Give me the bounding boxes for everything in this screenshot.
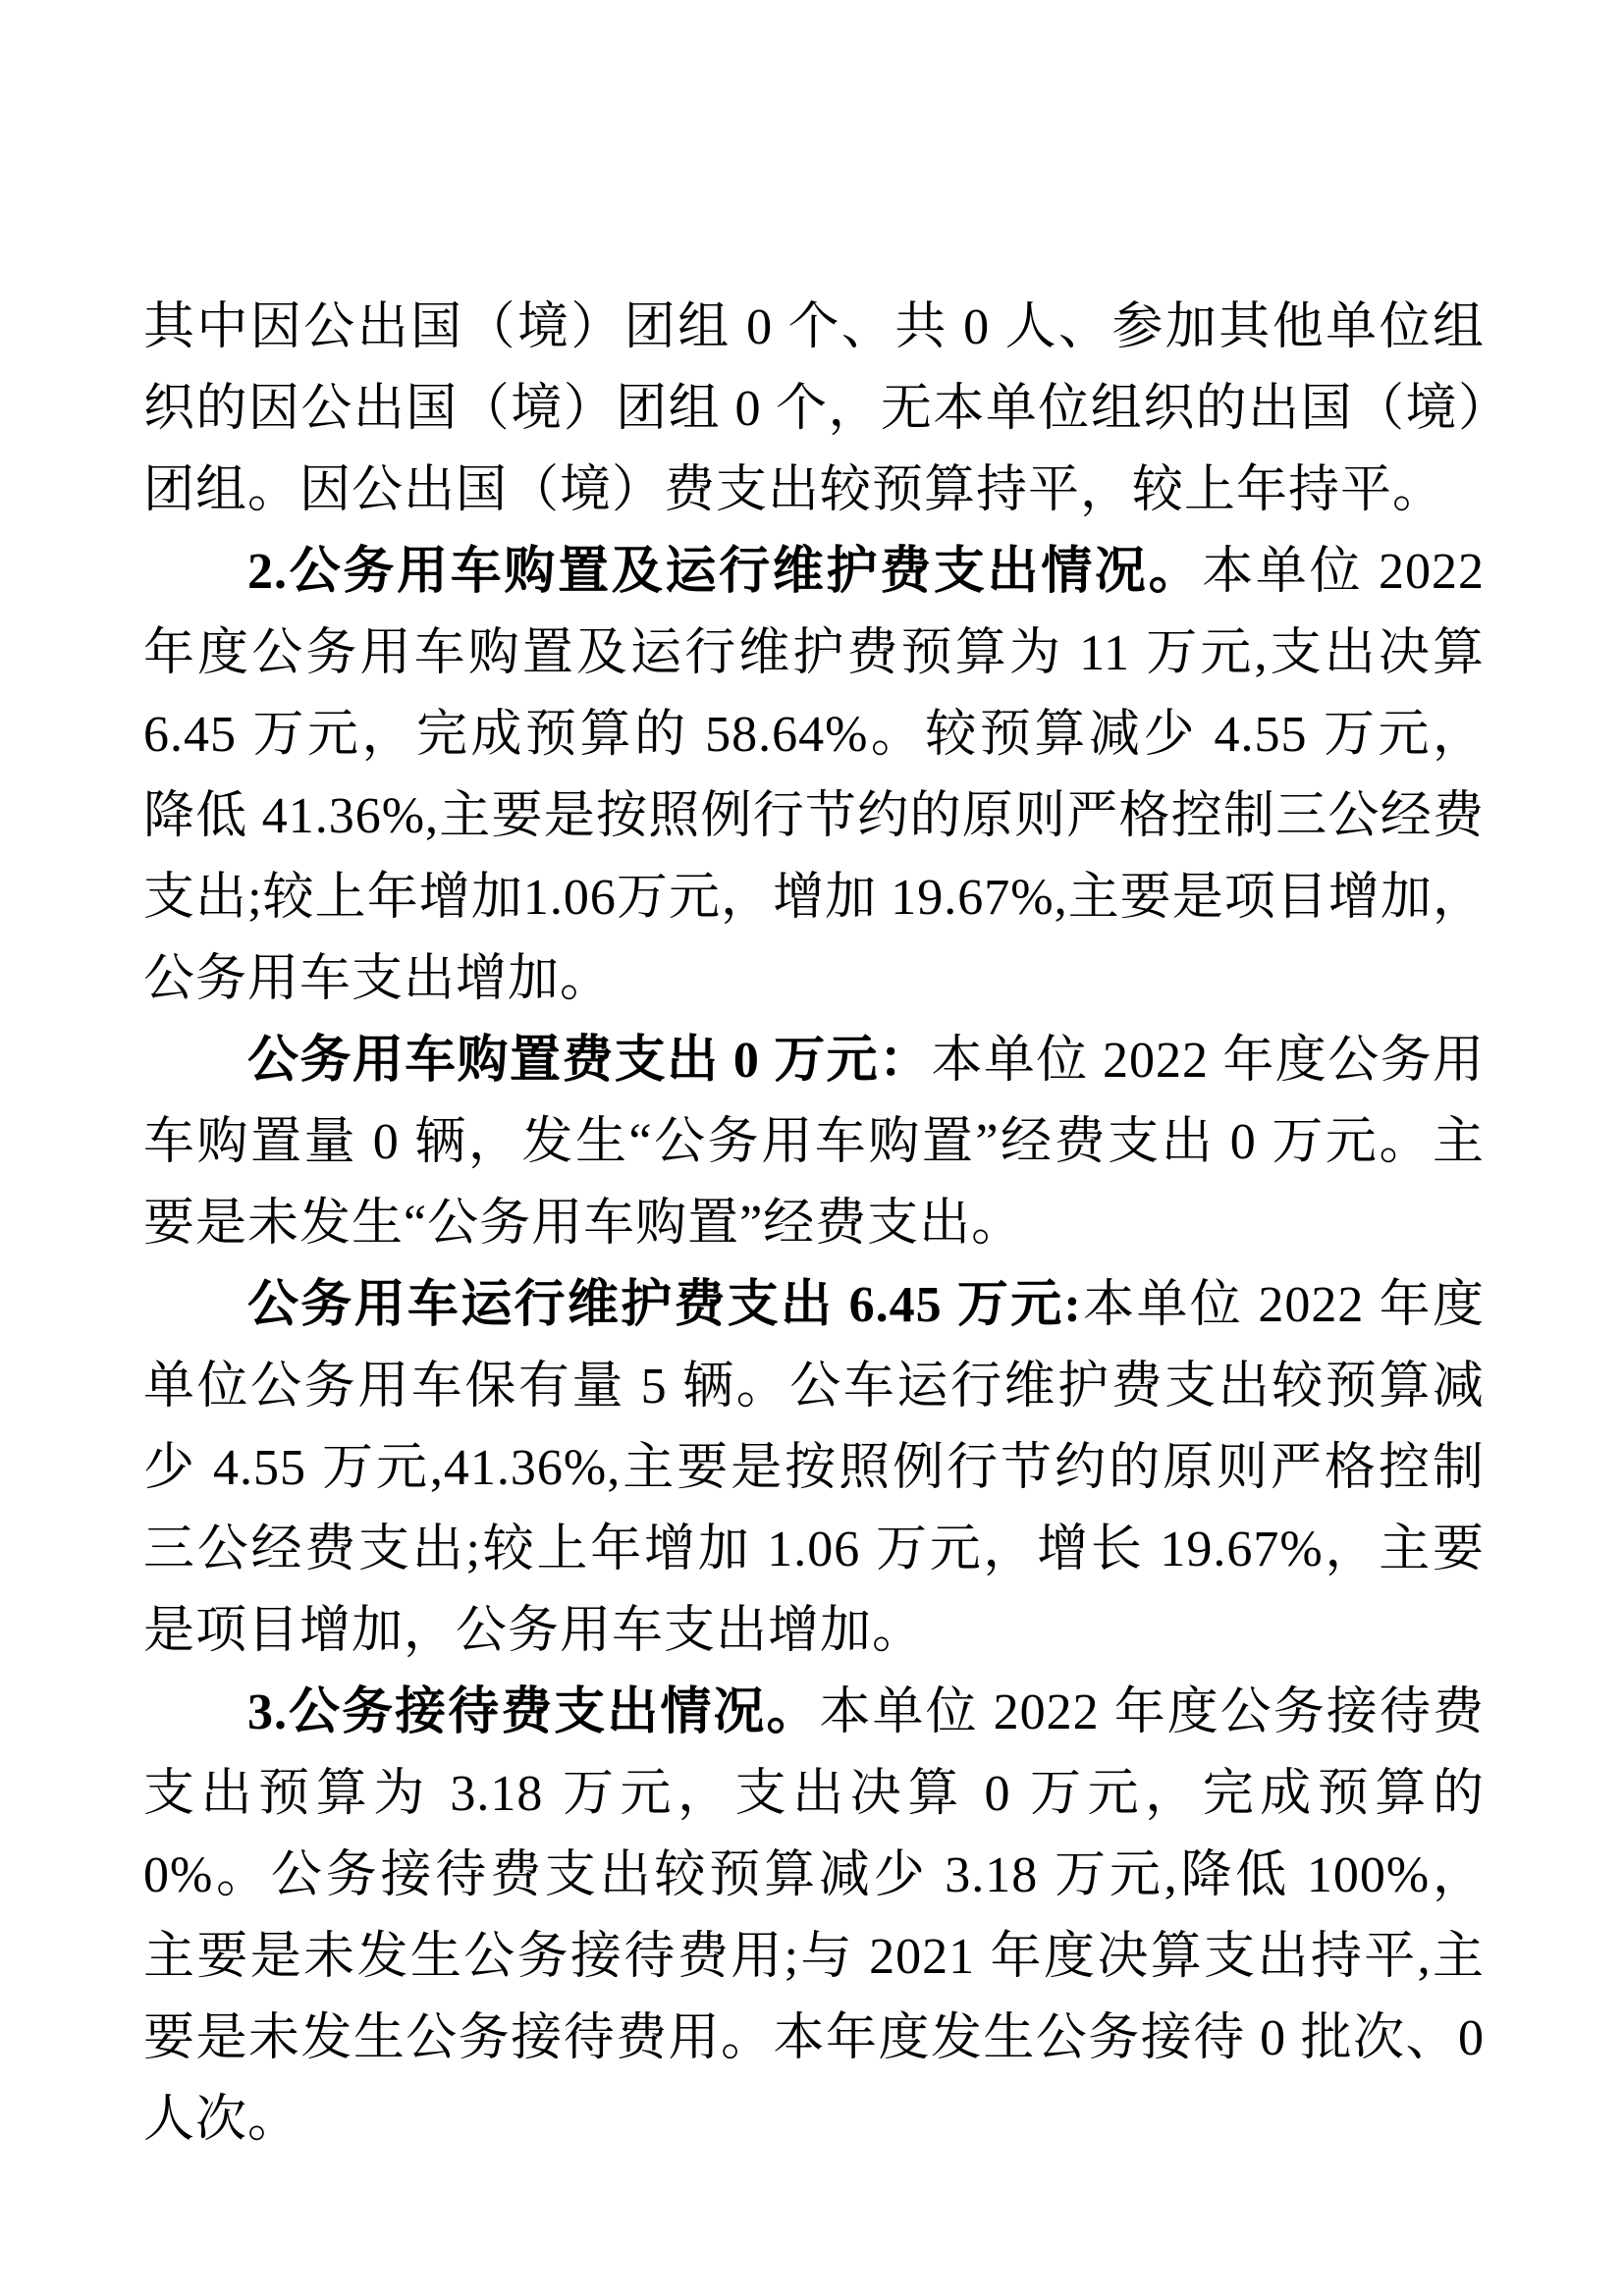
paragraph-lead: 公务用车运行维护费支出 6.45 万元: <box>247 1277 1082 1333</box>
paragraph-lead: 公务用车购置费支出 0 万元： <box>247 1033 931 1089</box>
paragraph-reception-expense: 3.公务接待费支出情况。本单位 2022 年度公务接待费支出预算为 3.18 万… <box>143 1672 1485 2161</box>
document-page: 其中因公出国（境）团组 0 个、共 0 人、参加其他单位组织的因公出国（境）团组… <box>0 0 1624 2296</box>
document-body: 其中因公出国（境）团组 0 个、共 0 人、参加其他单位组织的因公出国（境）团组… <box>143 287 1485 2161</box>
paragraph-body: 本单位 2022 年度单位公务用车保有量 5 辆。公车运行维护费支出较预算减少 … <box>143 1277 1485 1659</box>
paragraph-lead: 3.公务接待费支出情况。 <box>247 1684 820 1740</box>
paragraph-body: 本单位 2022 年度公务用车购置及运行维护费预算为 11 万元,支出决算 6.… <box>143 544 1485 1007</box>
paragraph-vehicle-maintenance: 公务用车运行维护费支出 6.45 万元:本单位 2022 年度单位公务用车保有量… <box>143 1264 1485 1672</box>
paragraph-lead: 2.公务用车购置及运行维护费支出情况。 <box>247 544 1202 600</box>
paragraph-body: 本单位 2022 年度公务接待费支出预算为 3.18 万元，支出决算 0 万元，… <box>143 1684 1485 2148</box>
paragraph-vehicle-purchase: 公务用车购置费支出 0 万元：本单位 2022 年度公务用车购置量 0 辆，发生… <box>143 1020 1485 1264</box>
paragraph-overseas-trips: 其中因公出国（境）团组 0 个、共 0 人、参加其他单位组织的因公出国（境）团组… <box>143 287 1485 531</box>
paragraph-vehicle-overview: 2.公务用车购置及运行维护费支出情况。本单位 2022 年度公务用车购置及运行维… <box>143 531 1485 1020</box>
paragraph-body: 其中因公出国（境）团组 0 个、共 0 人、参加其他单位组织的因公出国（境）团组… <box>143 299 1485 518</box>
